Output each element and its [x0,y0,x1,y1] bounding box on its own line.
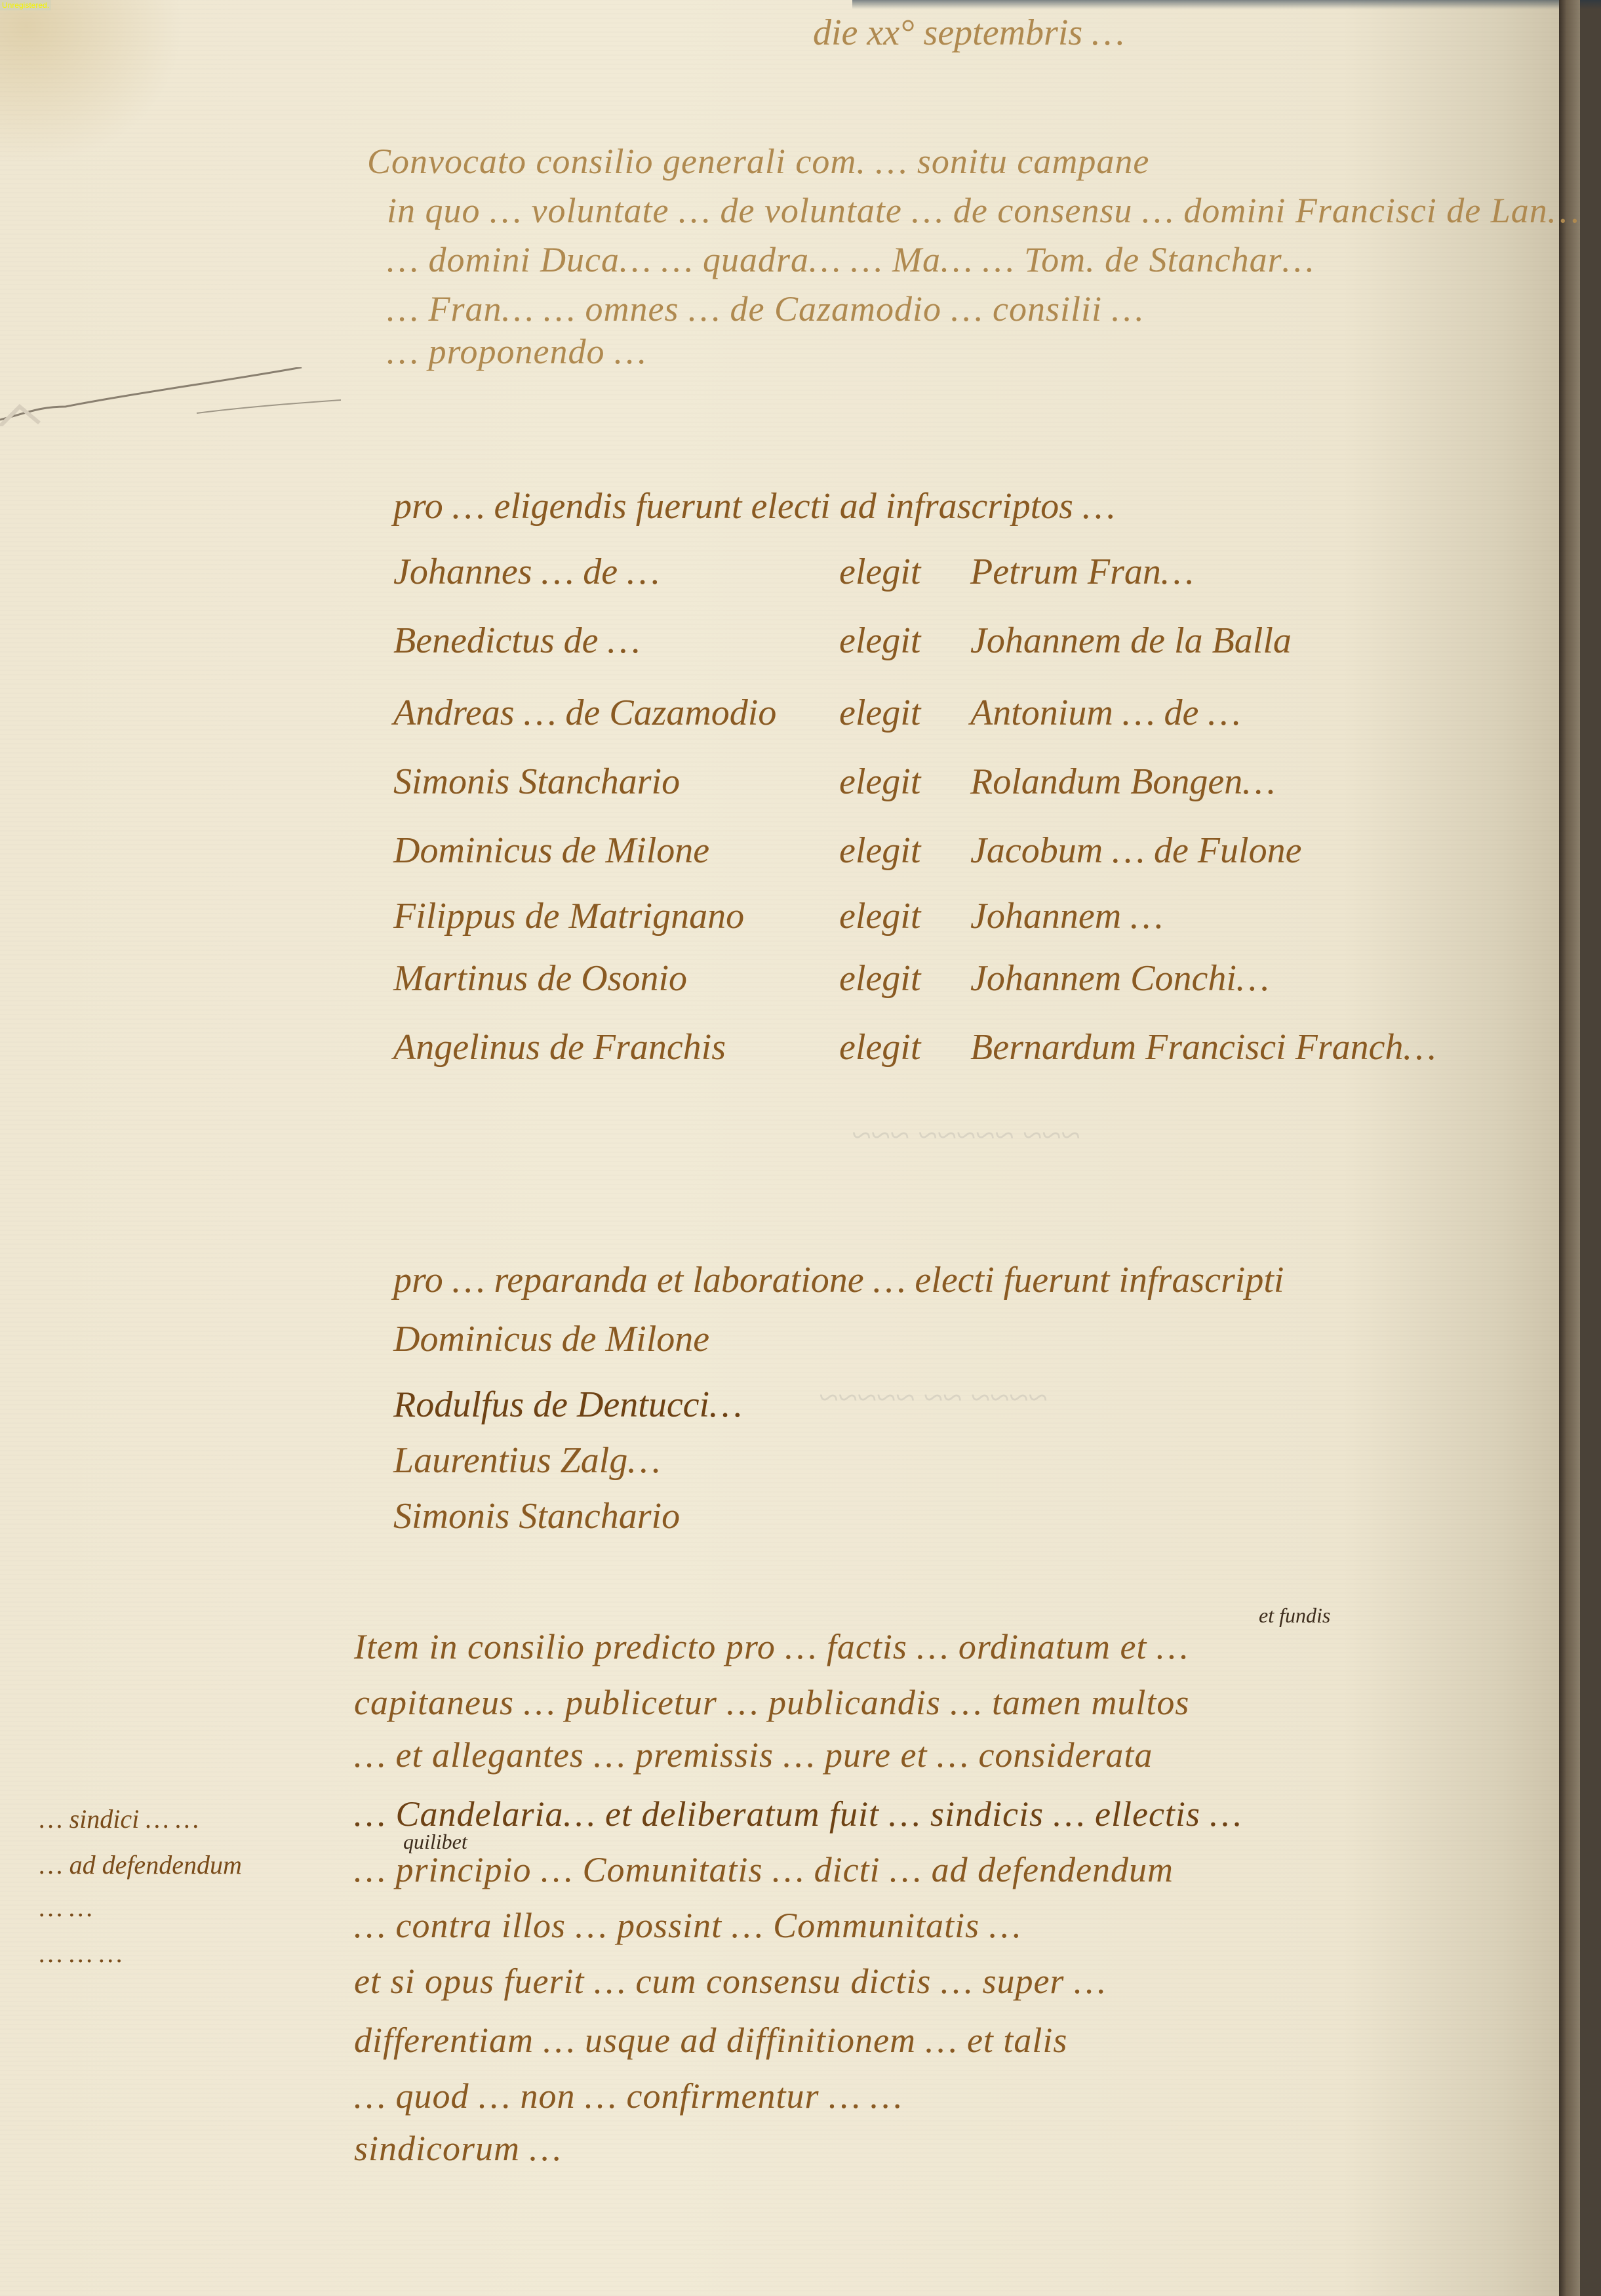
section-2-heading: pro … reparanda et laboratione … electi … [393,1259,1284,1301]
paragraph-2-line: … et allegantes … premissis … pure et … … [354,1735,1153,1775]
elected-name: Jacobum … de Fulone [970,830,1301,872]
elector-name: Simonis Stanchario [393,761,680,803]
elected-name: Rolandum Bongen… [970,761,1275,803]
bleed-through: ~~~~ ~~ ~~~~~ [820,1377,1048,1418]
interlinear-insertion: et fundis [1259,1603,1330,1628]
paragraph-2-line: … contra illos … possint … Communitatis … [354,1905,1021,1946]
paragraph-1-line: in quo … voluntate … de voluntate … de c… [387,190,1580,231]
elegit-verb: elegit [839,830,920,872]
paragraph-2-line: sindicorum … [354,2128,562,2169]
paragraph-1-line: … Fran… … omnes … de Cazamodio … consili… [387,289,1144,329]
elector-name: Martinus de Osonio [393,957,687,999]
bleed-through: ~~~ ~~~~~ ~~~ [852,1115,1080,1156]
date-heading: die xx° septembris … [813,12,1124,54]
paragraph-2-line: … Candelaria… et deliberatum fuit … sind… [354,1794,1242,1834]
top-edge-shadow [852,0,1601,9]
elegit-verb: elegit [839,895,920,937]
paragraph-2-line: capitaneus … publicetur … publicandis … … [354,1682,1189,1723]
elector-name: Johannes … de … [393,551,660,593]
elected-name: Johannem … [970,895,1163,937]
elector-name: Benedictus de … [393,620,640,662]
unregistered-watermark: Unregistered. [0,0,51,10]
margin-note-line: … … [39,1892,92,1923]
paragraph-2-line: differentiam … usque ad diffinitionem … … [354,2020,1067,2061]
margin-note-line: … sindici … … [39,1803,199,1834]
elected-name: Bernardum Francisci Franch… [970,1026,1436,1068]
elector-name: Dominicus de Milone [393,830,709,872]
paragraph-1-line: … domini Duca… … quadra… … Ma… … Tom. de… [387,239,1314,280]
paragraph-2-line: et si opus fuerit … cum consensu dictis … [354,1961,1106,2002]
paragraph-1-line: Convocato consilio generali com. … sonit… [367,141,1149,182]
appointee-name: Simonis Stanchario [393,1495,680,1537]
paragraph-2-line: … principio … Comunitatis … dicti … ad d… [354,1849,1174,1890]
margin-note-line: … ad defendendum [39,1849,242,1880]
elector-name: Filippus de Matrignano [393,895,744,937]
elegit-verb: elegit [839,957,920,999]
appointee-name: Dominicus de Milone [393,1318,709,1360]
elected-name: Johannem Conchi… [970,957,1269,999]
elector-name: Angelinus de Franchis [393,1026,726,1068]
elector-name: Andreas … de Cazamodio [393,692,776,734]
manuscript-page: Unregistered. ~~~ ~~~~~ ~~~ ~~~~ ~~ ~~~~… [0,0,1580,2296]
elected-name: Petrum Fran… [970,551,1194,593]
paragraph-1-line: … proponendo … [387,331,646,372]
margin-note-line: … … … [39,1938,123,1969]
paragraph-2-line: Item in consilio predicto pro … factis …… [354,1626,1189,1667]
appointee-name: Rodulfus de Dentucci… [393,1384,742,1426]
paper-crease-icon [0,367,341,426]
paragraph-2-line: … quod … non … confirmentur … … [354,2076,903,2116]
elegit-verb: elegit [839,1026,920,1068]
elegit-verb: elegit [839,761,920,803]
elegit-verb: elegit [839,620,920,662]
elected-name: Johannem de la Balla [970,620,1292,662]
binding-gutter [1559,0,1580,2296]
appointee-name: Laurentius Zalg… [393,1440,660,1481]
elegit-verb: elegit [839,551,920,593]
section-1-heading: pro … eligendis fuerunt electi ad infras… [393,485,1115,527]
elegit-verb: elegit [839,692,920,734]
elected-name: Antonium … de … [970,692,1240,734]
